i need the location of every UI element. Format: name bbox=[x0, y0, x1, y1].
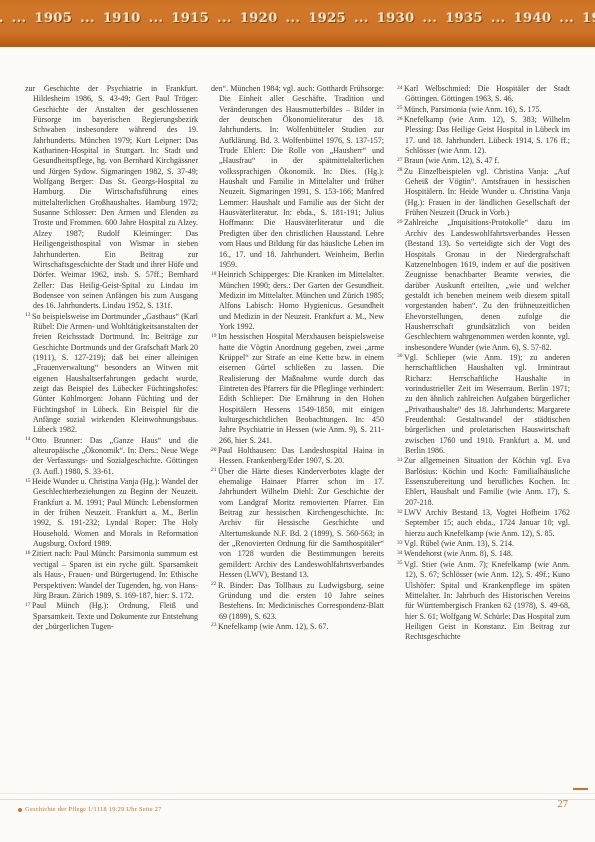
footnote-number: 21 bbox=[211, 467, 218, 473]
footnote-number: 23 bbox=[211, 622, 218, 628]
footnote: 33Vgl. Rübel (wie Anm. 13), S. 214. bbox=[397, 539, 570, 549]
footer-rule-upper bbox=[0, 793, 595, 794]
timeline-year: 1915 bbox=[171, 11, 209, 26]
footnote-number: 32 bbox=[397, 509, 404, 515]
timeline-year: 1920 bbox=[240, 11, 278, 26]
slug-bullet-icon bbox=[18, 808, 22, 812]
footnote-number: 35 bbox=[397, 560, 404, 566]
timeline-year: 1935 bbox=[445, 11, 483, 26]
footnote-number: 13 bbox=[25, 312, 32, 318]
footnote-number: 33 bbox=[397, 540, 404, 546]
footnote: 15Heide Wunder u. Christina Vanja (Hg.):… bbox=[25, 477, 198, 549]
footnote: 24Karl Welbschmied: Die Hospitäler der S… bbox=[397, 84, 570, 105]
footnote: 22R. Binder: Das Tollhaus zu Ludwigsburg… bbox=[211, 581, 384, 622]
trim-mark bbox=[573, 788, 588, 790]
footnote: 17Paul Münch (Hg.): Ordnung, Fleiß und S… bbox=[25, 601, 198, 632]
footnote-number: 34 bbox=[397, 550, 404, 556]
footnote-number: 18 bbox=[211, 271, 218, 277]
footnote-number: 19 bbox=[211, 333, 218, 339]
timeline-year: 1945 bbox=[582, 11, 595, 26]
footnote: 16Zitiert nach: Paul Münch: Parsimonia s… bbox=[25, 549, 198, 601]
footnote: 32LWV Archiv Bestand 13, Vogtei Hofheim … bbox=[397, 508, 570, 539]
footnote: 27Braun (wie Anm. 12), S. 47 f. bbox=[397, 156, 570, 166]
footer-slug: Geschichte der Pflege 1/1118 19:29 Uhr S… bbox=[25, 806, 162, 813]
footnote-number: 30 bbox=[397, 353, 404, 359]
footnote-column-3: 24Karl Welbschmied: Die Hospitäler der S… bbox=[397, 84, 570, 796]
footnote: 26Knefelkamp (wie Anm. 12), S. 383; Wilh… bbox=[397, 115, 570, 156]
footnote: zur Geschichte der Psychiatrie in Frankf… bbox=[25, 84, 198, 312]
footnote: den“. München 1984; vgl. auch: Gotthardt… bbox=[211, 84, 384, 270]
timeline-year: 1940 bbox=[514, 11, 552, 26]
timeline-year: 1910 bbox=[103, 11, 141, 26]
timeline-dots: ... bbox=[217, 11, 232, 26]
footnote: 19Im hessischen Hospital Merxhausen beis… bbox=[211, 332, 384, 446]
timeline-dots: ... bbox=[286, 11, 301, 26]
timeline-dots: ... bbox=[149, 11, 164, 26]
footnote: 34Wendehorst (wie Anm. 8), S. 148. bbox=[397, 549, 570, 559]
timeline-dots: ... bbox=[559, 11, 574, 26]
timeline-dots: ... bbox=[354, 11, 369, 26]
timeline-year: 1905 bbox=[35, 11, 73, 26]
footnote-number: 17 bbox=[25, 602, 32, 608]
footnote-number: 15 bbox=[25, 478, 32, 484]
footnote-number: 24 bbox=[397, 85, 404, 91]
footnote: 18Heinrich Schipperges: Die Kranken im M… bbox=[211, 270, 384, 332]
timeline-dots: ... bbox=[491, 11, 506, 26]
footnote: 28Zu Einzelbeispielen vgl. Christina Van… bbox=[397, 167, 570, 219]
footnote: 30Vgl. Schlieper (wie Anm. 19); zu ander… bbox=[397, 353, 570, 456]
footnote-number: 20 bbox=[211, 447, 218, 453]
footnote: 35Vgl. Stier (wie Anm. 7); Knefelkamp (w… bbox=[397, 560, 570, 643]
timeline-dots: ... bbox=[80, 11, 95, 26]
footnote: 13So beispielsweise im Dortmunder „Gasth… bbox=[25, 312, 198, 436]
footnotes-area: zur Geschichte der Psychiatrie in Frankf… bbox=[25, 84, 570, 796]
footnote-number: 16 bbox=[25, 550, 32, 556]
footnote: 25Münch, Parsimonia (wie Anm. 16), S. 17… bbox=[397, 105, 570, 115]
timeline-year: 1930 bbox=[377, 11, 415, 26]
timeline-year: 1925 bbox=[308, 11, 346, 26]
footnote: 31Zur allgemeinen Situation der Köchin v… bbox=[397, 456, 570, 508]
footer-rule bbox=[0, 799, 595, 800]
footnote-number: 14 bbox=[25, 436, 32, 442]
footnote-number: 26 bbox=[397, 116, 404, 122]
document-page: .. ... 1905 ... 1910 ... 1915 ... 1920 .… bbox=[0, 0, 595, 842]
footnote: 20Paul Holthausen: Das Landeshospital Ha… bbox=[211, 446, 384, 467]
footnote: 23Knefelkamp (wie Anm. 12), S. 67. bbox=[211, 622, 384, 632]
timeline-header: .. ... 1905 ... 1910 ... 1915 ... 1920 .… bbox=[0, 0, 595, 47]
timeline-years: .. ... 1905 ... 1910 ... 1915 ... 1920 .… bbox=[0, 11, 595, 26]
footnote-number: 27 bbox=[397, 157, 404, 163]
timeline-dots: ... bbox=[12, 11, 27, 26]
footnote-column-1: zur Geschichte der Psychiatrie in Frankf… bbox=[25, 84, 198, 796]
footnote-column-2: den“. München 1984; vgl. auch: Gotthardt… bbox=[211, 84, 384, 796]
footnote-number: 29 bbox=[397, 219, 404, 225]
timeline-dots: ... bbox=[423, 11, 438, 26]
footnote: 14Otto Brunner: Das „Ganze Haus“ und die… bbox=[25, 436, 198, 477]
page-number: 27 bbox=[558, 799, 569, 810]
footnote-number: 28 bbox=[397, 167, 404, 173]
footnote-number: 22 bbox=[211, 581, 218, 587]
footnote-number: 31 bbox=[397, 457, 404, 463]
footnote: 29Zahlreiche „Inquisitions-Protokolle“ d… bbox=[397, 218, 570, 352]
footnote-number: 25 bbox=[397, 105, 404, 111]
footnote: 21Über die Härte dieses Kinderverbotes k… bbox=[211, 467, 384, 581]
